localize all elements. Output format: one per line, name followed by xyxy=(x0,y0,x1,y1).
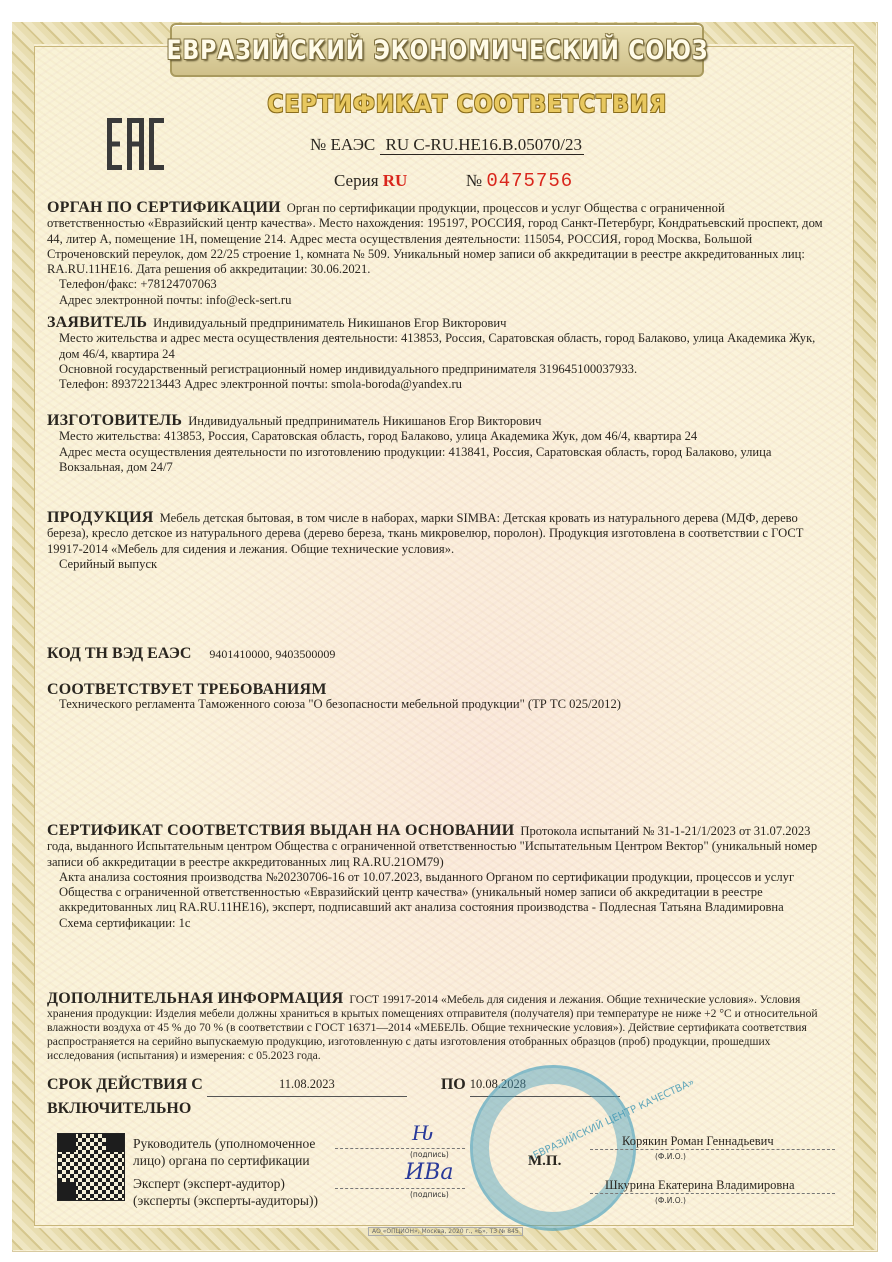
manufacturer-heading: ИЗГОТОВИТЕЛЬ xyxy=(47,412,182,429)
series-label: Серия xyxy=(334,171,379,190)
applicant-heading: ЗАЯВИТЕЛЬ xyxy=(47,314,147,331)
head-fio-caption: (Ф.И.О.) xyxy=(655,1152,686,1161)
conforms-text: Технического регламента Таможенного союз… xyxy=(47,697,825,712)
series-value: RU xyxy=(383,171,408,190)
conforms-heading: СООТВЕТСТВУЕТ ТРЕБОВАНИЯМ xyxy=(47,682,819,697)
head-signature-line xyxy=(335,1148,465,1149)
expert-signatory-label: Эксперт (эксперт-аудитор) (эксперты (экс… xyxy=(133,1175,318,1209)
manufacturer-residence: Место жительства: 413853, Россия, Сарато… xyxy=(47,429,825,444)
product-section: ПРОДУКЦИЯМебель детская бытовая, в том ч… xyxy=(47,510,825,572)
certification-body-section: ОРГАН ПО СЕРТИФИКАЦИИОрган по сертификац… xyxy=(47,200,825,308)
validity-to-label: ПО xyxy=(441,1076,466,1093)
seal-place-label: М.П. xyxy=(528,1153,561,1170)
applicant-contacts: Телефон: 89372213443 Адрес электронной п… xyxy=(47,377,825,392)
certification-body-heading: ОРГАН ПО СЕРТИФИКАЦИИ xyxy=(47,199,281,216)
manufacturer-production-address: Адрес места осуществления деятельности п… xyxy=(47,445,825,476)
applicant-address: Место жительства и адрес места осуществл… xyxy=(47,331,825,362)
head-label-line-2: лицо) органа по сертификации xyxy=(133,1152,315,1169)
blank-number-value: 0475756 xyxy=(486,170,573,192)
head-signature-caption: (подпись) xyxy=(410,1150,449,1159)
tn-ved-codes: 9401410000, 9403500009 xyxy=(209,647,335,661)
tn-ved-section: КОД ТН ВЭД ЕАЭС 9401410000, 9403500009 xyxy=(47,645,335,663)
product-release: Серийный выпуск xyxy=(47,557,825,572)
expert-name-line xyxy=(590,1193,835,1194)
applicant-name: Индивидуальный предприниматель Никишанов… xyxy=(153,316,506,330)
expert-label-line-1: Эксперт (эксперт-аудитор) xyxy=(133,1175,318,1192)
manufacturer-section: ИЗГОТОВИТЕЛЬИндивидуальный предпринимате… xyxy=(47,413,825,475)
basis-heading: СЕРТИФИКАТ СООТВЕТСТВИЯ ВЫДАН НА ОСНОВАН… xyxy=(47,822,514,839)
expert-fio-caption: (Ф.И.О.) xyxy=(655,1196,686,1205)
expert-name: Шкурина Екатерина Владимировна xyxy=(605,1178,795,1193)
eac-logo-glyph xyxy=(107,118,165,170)
union-banner-text: ЕВРАЗИЙСКИЙ ЭКОНОМИЧЕСКИЙ СОЮЗ xyxy=(166,35,708,66)
product-text: Мебель детская бытовая, в том числе в на… xyxy=(47,511,803,556)
blank-number-label: № xyxy=(466,171,482,190)
product-heading: ПРОДУКЦИЯ xyxy=(47,509,154,526)
certificate-title: СЕРТИФИКАТ СООТВЕТСТВИЯ xyxy=(250,90,650,118)
expert-signature: ИВа xyxy=(405,1160,453,1185)
head-signatory-label: Руководитель (уполномоченное лицо) орган… xyxy=(133,1135,315,1169)
head-signature: Ԋ xyxy=(412,1120,433,1146)
head-name: Корякин Роман Геннадьевич xyxy=(622,1134,774,1149)
expert-label-line-2: (эксперты (эксперты-аудиторы)) xyxy=(133,1192,318,1209)
conforms-section: СООТВЕТСТВУЕТ ТРЕБОВАНИЯМ Технического р… xyxy=(47,682,825,713)
manufacturer-name: Индивидуальный предприниматель Никишанов… xyxy=(188,414,541,428)
validity-from-label: СРОК ДЕЙСТВИЯ С xyxy=(47,1076,203,1093)
basis-section: СЕРТИФИКАТ СООТВЕТСТВИЯ ВЫДАН НА ОСНОВАН… xyxy=(47,823,825,931)
applicant-ogrnip: Основной государственный регистрационный… xyxy=(47,362,825,377)
basis-act: Акта анализа состояния производства №202… xyxy=(47,870,825,916)
qr-code-icon[interactable] xyxy=(57,1133,125,1201)
certification-body-email: Адрес электронной почты: info@eck-sert.r… xyxy=(47,293,825,308)
certificate-number: № ЕАЭС RU С-RU.НЕ16.В.05070/23 xyxy=(310,135,584,155)
expert-signature-caption: (подпись) xyxy=(410,1190,449,1199)
union-banner: ЕВРАЗИЙСКИЙ ЭКОНОМИЧЕСКИЙ СОЮЗ xyxy=(170,23,704,77)
basis-scheme: Схема сертификации: 1с xyxy=(47,916,825,931)
additional-info-section: ДОПОЛНИТЕЛЬНАЯ ИНФОРМАЦИЯГОСТ 19917-2014… xyxy=(47,992,825,1063)
printer-imprint: АО «ОПЦИОН», Москва, 2020 г., «Б», ТЗ № … xyxy=(368,1227,523,1236)
additional-info-heading: ДОПОЛНИТЕЛЬНАЯ ИНФОРМАЦИЯ xyxy=(47,990,343,1007)
head-label-line-1: Руководитель (уполномоченное xyxy=(133,1135,315,1152)
tn-ved-heading: КОД ТН ВЭД ЕАЭС xyxy=(47,645,191,662)
head-name-line xyxy=(590,1149,835,1150)
applicant-section: ЗАЯВИТЕЛЬИндивидуальный предприниматель … xyxy=(47,315,825,392)
validity-from-date: 11.08.2023 xyxy=(207,1073,407,1097)
certification-body-phone: Телефон/факс: +78124707063 xyxy=(47,277,825,292)
eac-mark-icon xyxy=(107,118,165,170)
certificate-number-label: № ЕАЭС xyxy=(310,135,375,154)
expert-signature-line xyxy=(335,1188,465,1189)
certificate-number-value: RU С-RU.НЕ16.В.05070/23 xyxy=(380,135,584,155)
blank-series: Серия RU № 0475756 xyxy=(334,170,573,192)
certificate-title-text: СЕРТИФИКАТ СООТВЕТСТВИЯ xyxy=(267,90,667,118)
